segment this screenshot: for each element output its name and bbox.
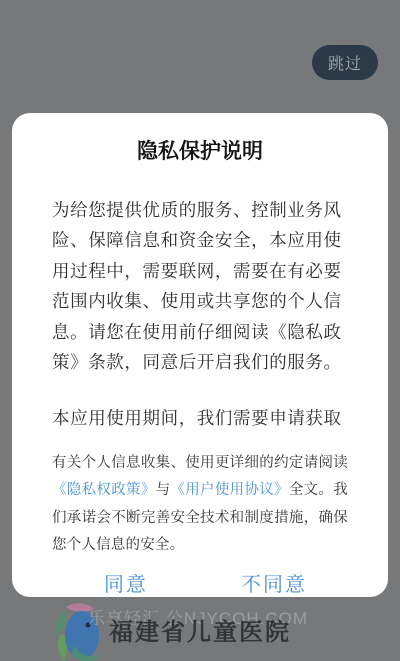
agree-button[interactable]: 同意 — [52, 565, 200, 605]
privacy-paragraph-2: 本应用使用期间，我们需要申请获取 您的以下权限，用于向您提供相应的 — [52, 403, 348, 437]
skip-button[interactable]: 跳过 — [312, 45, 378, 80]
user-agreement-link[interactable]: 《用户使用协议》 — [170, 482, 288, 498]
agreement-notice: 有关个人信息收集、使用更详细的约定请阅读《隐私权政策》与《用户使用协议》全文。我… — [52, 450, 348, 559]
privacy-text-scroll-area[interactable]: 为给您提供优质的服务、控制业务风 险、保障信息和资金安全，本应用使 用过程中，需… — [52, 167, 348, 437]
skip-button-label: 跳过 — [328, 51, 362, 74]
privacy-policy-link[interactable]: 《隐私权政策》 — [52, 482, 156, 498]
disagree-button[interactable]: 不同意 — [200, 565, 348, 605]
notice-middle: 与 — [156, 482, 171, 498]
hospital-name: 福建省儿童医院 — [0, 612, 400, 647]
notice-prefix: 有关个人信息收集、使用更详细的约定请阅读 — [52, 455, 348, 471]
dialog-title: 隐私保护说明 — [52, 137, 348, 167]
privacy-dialog: 隐私保护说明 为给您提供优质的服务、控制业务风 险、保障信息和资金安全，本应用使… — [12, 113, 388, 597]
privacy-paragraph-1: 为给您提供优质的服务、控制业务风 险、保障信息和资金安全，本应用使 用过程中，需… — [52, 195, 348, 377]
dialog-button-row: 同意 不同意 — [52, 559, 348, 611]
